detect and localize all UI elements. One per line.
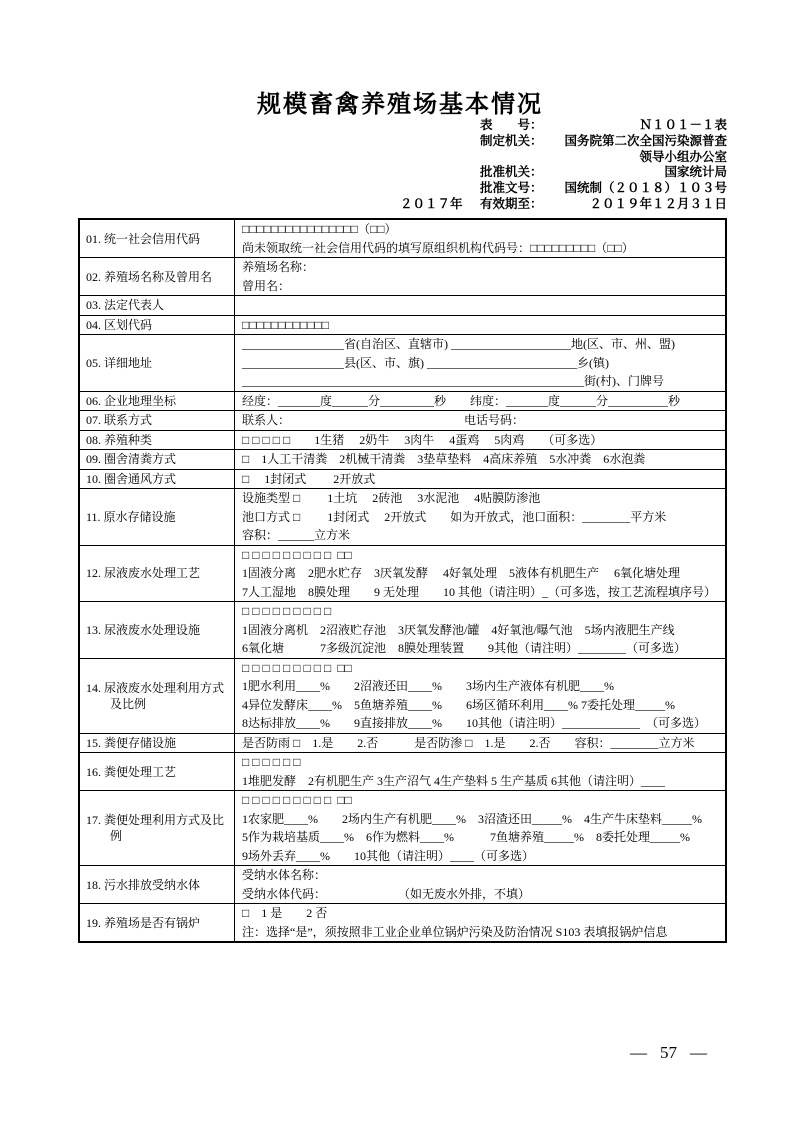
meta-label: 表 号：	[480, 118, 548, 134]
row-line: 养殖场名称：	[242, 258, 721, 277]
row-line: 联系人： 电话号码：	[242, 411, 721, 430]
form-row: 18. 污水排放受纳水体 受纳水体名称： 受纳水体代码： （如无废水外排，不填）	[80, 865, 725, 903]
row-line: 注：选择“是”，须按照非工业企业单位锅炉污染及防治情况 S103 表填报锅炉信息	[242, 923, 721, 942]
form-row: 01. 统一社会信用代码 □□□□□□□□□□□□□□□□（□□） 尚未领取统一…	[80, 220, 725, 257]
row-label: 04. 区划代码	[80, 316, 235, 335]
row-line: 曾用名：	[242, 277, 721, 296]
row-line: 池口方式 □ 1封闭式 2开放式 如为开放式，池口面积：________平方米	[242, 508, 721, 527]
row-label: 08. 养殖种类	[80, 431, 235, 450]
row-content: □ □ □ □ □ □ 1堆肥发酵 2有机肥生产 3生产沼气 4生产垫料 5 生…	[235, 753, 725, 790]
meta-value: ２０１９年１２月３１日	[548, 197, 727, 213]
meta-value: 领导小组办公室	[548, 150, 727, 166]
row-line: 4异位发酵床____% 5鱼塘养殖____% 6场区循环利用____% 7委托处…	[242, 696, 721, 715]
row-line: 1肥水利用____% 2沼液还田____% 3场内生产液体有机肥____%	[242, 677, 721, 696]
footer-dash: —	[690, 1043, 707, 1063]
form-row: 19. 养殖场是否有锅炉 □ 1 是 2 否 注：选择“是”，须按照非工业企业单…	[80, 903, 725, 941]
row-label: 12. 尿液废水处理工艺	[80, 546, 235, 602]
row-content: □ □ □ □ □ □ □ □ □ 1固液分离机 2沼液贮存池 3厌氧发酵池/罐…	[235, 602, 725, 658]
form-row: 05. 详细地址 _________________省(自治区、直辖市) ___…	[80, 334, 725, 391]
row-line: 1堆肥发酵 2有机肥生产 3生产沼气 4生产垫料 5 生产基质 6其他（请注明）…	[242, 772, 721, 791]
meta-row: 批准机关： 国家统计局	[400, 165, 727, 181]
row-label: 07. 联系方式	[80, 411, 235, 430]
meta-prefix	[400, 150, 480, 166]
page-footer: — 57 —	[630, 1043, 707, 1063]
meta-label: 制定机关：	[480, 134, 548, 150]
row-content: □ □ □ □ □ □ □ □ □ □□ 1农家肥____% 2场内生产有机肥_…	[235, 791, 725, 865]
row-label: 17. 粪便处理利用方式及比 例	[80, 791, 235, 865]
form-row: 14. 尿液废水处理利用方式 及比例 □ □ □ □ □ □ □ □ □ □□ …	[80, 658, 725, 733]
form-row: 15. 粪便存储设施 是否防雨 □ 1.是 2.否 是否防渗 □ 1.是 2.否…	[80, 733, 725, 753]
row-label: 03. 法定代表人	[80, 296, 235, 315]
row-line: □ □ □ □ □ □ □ □ □ □□	[242, 546, 721, 565]
row-line: 8达标排放____% 9直接排放____% 10其他（请注明）_________…	[242, 714, 721, 733]
row-content: □□□□□□□□□□□□□□□□（□□） 尚未领取统一社会信用代码的填写原组织机…	[235, 220, 725, 257]
form-row: 03. 法定代表人	[80, 295, 725, 315]
form-row: 08. 养殖种类 □ □ □ □ □ 1生猪 2奶牛 3肉牛 4蛋鸡 5肉鸡 （…	[80, 430, 725, 450]
form-row: 07. 联系方式 联系人： 电话号码：	[80, 410, 725, 430]
meta-prefix	[400, 165, 480, 181]
row-label: 16. 粪便处理工艺	[80, 753, 235, 790]
row-content: □□□□□□□□□□□□	[235, 316, 725, 335]
row-line: 经度：_______度______分_________秒 纬度：_______度…	[242, 392, 721, 411]
meta-row: ２０１７年 有效期至： ２０１９年１２月３１日	[400, 197, 727, 213]
row-content: □ 1封闭式 2开放式	[235, 470, 725, 489]
row-line: 5作为栽培基质____% 6作为燃料____% 7鱼塘养殖_____% 8委托处…	[242, 828, 721, 847]
meta-row: 表 号： Ｎ１０１－１表	[400, 118, 727, 134]
form-row: 10. 圈舍通风方式 □ 1封闭式 2开放式	[80, 469, 725, 489]
meta-label: 批准机关：	[480, 165, 548, 181]
row-line: □□□□□□□□□□□□□□□□（□□）	[242, 220, 721, 239]
row-line	[242, 296, 721, 315]
row-line: 9场外丢弃____% 10其他（请注明）____（可多选）	[242, 847, 721, 866]
row-line: 是否防雨 □ 1.是 2.否 是否防渗 □ 1.是 2.否 容积：_______…	[242, 734, 721, 753]
row-line: 容积：______立方米	[242, 526, 721, 545]
meta-value: 国统制（２０１８）１０３号	[548, 181, 727, 197]
form-row: 16. 粪便处理工艺 □ □ □ □ □ □ 1堆肥发酵 2有机肥生产 3生产沼…	[80, 752, 725, 790]
form-title: 规模畜禽养殖场基本情况	[0, 84, 800, 119]
row-line: 尚未领取统一社会信用代码的填写原组织机构代码号：□□□□□□□□□（□□）	[242, 239, 721, 258]
meta-row: 领导小组办公室	[400, 150, 727, 166]
row-line: □ 1封闭式 2开放式	[242, 470, 721, 489]
row-content: 是否防雨 □ 1.是 2.否 是否防渗 □ 1.是 2.否 容积：_______…	[235, 734, 725, 753]
row-content: □ □ □ □ □ □ □ □ □ □□ 1固液分离 2肥水贮存 3厌氧发酵 4…	[235, 546, 725, 602]
row-line: 6氧化塘 7多级沉淀池 8膜处理装置 9其他（请注明）________（可多选）	[242, 639, 721, 658]
row-line: ________________________________________…	[242, 372, 721, 391]
form-row: 11. 原水存储设施 设施类型 □ 1土坑 2砖池 3水泥池 4贴膜防渗池 池口…	[80, 488, 725, 545]
meta-prefix	[400, 134, 480, 150]
row-line: 设施类型 □ 1土坑 2砖池 3水泥池 4贴膜防渗池	[242, 489, 721, 508]
meta-value: 国务院第二次全国污染源普查	[548, 134, 727, 150]
row-label: 14. 尿液废水处理利用方式 及比例	[80, 659, 235, 733]
row-line: □□□□□□□□□□□□	[242, 316, 721, 335]
form-row: 13. 尿液废水处理设施 □ □ □ □ □ □ □ □ □ 1固液分离机 2沼…	[80, 601, 725, 658]
form-table: 01. 统一社会信用代码 □□□□□□□□□□□□□□□□（□□） 尚未领取统一…	[78, 218, 727, 943]
row-label: 19. 养殖场是否有锅炉	[80, 904, 235, 941]
row-content: 经度：_______度______分_________秒 纬度：_______度…	[235, 392, 725, 411]
row-line: _________________县(区、市、旗) ______________…	[242, 354, 721, 373]
form-row: 04. 区划代码 □□□□□□□□□□□□	[80, 315, 725, 335]
row-content: 养殖场名称： 曾用名：	[235, 258, 725, 295]
meta-label: 批准文号：	[480, 181, 548, 197]
row-content: _________________省(自治区、直辖市) ____________…	[235, 335, 725, 391]
row-line: □ 1人工干清粪 2机械干清粪 3垫草垫料 4高床养殖 5水冲粪 6水泡粪	[242, 450, 721, 469]
meta-prefix	[400, 118, 480, 134]
row-line: 1固液分离机 2沼液贮存池 3厌氧发酵池/罐 4好氧池/曝气池 5场内液肥生产线	[242, 621, 721, 640]
row-line: 7人工湿地 8膜处理 9 无处理 10 其他（请注明）_（可多选，按工艺流程填序…	[242, 583, 721, 602]
row-line: □ □ □ □ □ □ □ □ □ □□	[242, 791, 721, 810]
form-row: 17. 粪便处理利用方式及比 例 □ □ □ □ □ □ □ □ □ □□ 1农…	[80, 790, 725, 865]
row-label: 15. 粪便存储设施	[80, 734, 235, 753]
meta-row: 批准文号： 国统制（２０１８）１０３号	[400, 181, 727, 197]
footer-dash: —	[630, 1043, 647, 1063]
meta-label	[480, 150, 548, 166]
row-label: 09. 圈舍清粪方式	[80, 450, 235, 469]
form-row: 02. 养殖场名称及曾用名 养殖场名称： 曾用名：	[80, 257, 725, 295]
row-content: □ 1人工干清粪 2机械干清粪 3垫草垫料 4高床养殖 5水冲粪 6水泡粪	[235, 450, 725, 469]
meta-label: 有效期至：	[480, 197, 548, 213]
row-label: 18. 污水排放受纳水体	[80, 866, 235, 903]
row-content	[235, 296, 725, 315]
form-row: 12. 尿液废水处理工艺 □ □ □ □ □ □ □ □ □ □□ 1固液分离 …	[80, 545, 725, 602]
row-label: 02. 养殖场名称及曾用名	[80, 258, 235, 295]
row-content: □ 1 是 2 否 注：选择“是”，须按照非工业企业单位锅炉污染及防治情况 S1…	[235, 904, 725, 941]
row-label: 10. 圈舍通风方式	[80, 470, 235, 489]
row-content: 受纳水体名称： 受纳水体代码： （如无废水外排，不填）	[235, 866, 725, 903]
meta-value: Ｎ１０１－１表	[548, 118, 727, 134]
meta-row: 制定机关： 国务院第二次全国污染源普查	[400, 134, 727, 150]
row-label: 06. 企业地理坐标	[80, 392, 235, 411]
page-number: 57	[660, 1043, 677, 1063]
row-line: _________________省(自治区、直辖市) ____________…	[242, 335, 721, 354]
row-line: 受纳水体代码： （如无废水外排，不填）	[242, 885, 721, 904]
document-page: 规模畜禽养殖场基本情况 表 号： Ｎ１０１－１表 制定机关： 国务院第二次全国污…	[0, 0, 800, 1131]
row-line: 1农家肥____% 2场内生产有机肥____% 3沼渣还田_____% 4生产牛…	[242, 810, 721, 829]
row-label: 13. 尿液废水处理设施	[80, 602, 235, 658]
row-line: □ □ □ □ □ □ □ □ □	[242, 602, 721, 621]
row-content: 设施类型 □ 1土坑 2砖池 3水泥池 4贴膜防渗池 池口方式 □ 1封闭式 2…	[235, 489, 725, 545]
row-line: □ □ □ □ □ □ □ □ □ □□	[242, 659, 721, 678]
row-label: 05. 详细地址	[80, 335, 235, 391]
row-content: 联系人： 电话号码：	[235, 411, 725, 430]
meta-prefix	[400, 181, 480, 197]
row-line: □ □ □ □ □ 1生猪 2奶牛 3肉牛 4蛋鸡 5肉鸡 （可多选）	[242, 431, 721, 450]
row-label: 01. 统一社会信用代码	[80, 220, 235, 257]
meta-prefix: ２０１７年	[400, 197, 480, 213]
meta-value: 国家统计局	[548, 165, 727, 181]
row-line: 1固液分离 2肥水贮存 3厌氧发酵 4好氧处理 5液体有机肥生产 6氧化塘处理	[242, 564, 721, 583]
row-line: 受纳水体名称：	[242, 866, 721, 885]
row-label: 11. 原水存储设施	[80, 489, 235, 545]
form-meta: 表 号： Ｎ１０１－１表 制定机关： 国务院第二次全国污染源普查 领导小组办公室…	[400, 118, 727, 213]
row-content: □ □ □ □ □ □ □ □ □ □□ 1肥水利用____% 2沼液还田___…	[235, 659, 725, 733]
row-line: □ 1 是 2 否	[242, 904, 721, 923]
form-row: 06. 企业地理坐标 经度：_______度______分_________秒 …	[80, 391, 725, 411]
row-line: □ □ □ □ □ □	[242, 753, 721, 772]
row-content: □ □ □ □ □ 1生猪 2奶牛 3肉牛 4蛋鸡 5肉鸡 （可多选）	[235, 431, 725, 450]
form-row: 09. 圈舍清粪方式 □ 1人工干清粪 2机械干清粪 3垫草垫料 4高床养殖 5…	[80, 449, 725, 469]
